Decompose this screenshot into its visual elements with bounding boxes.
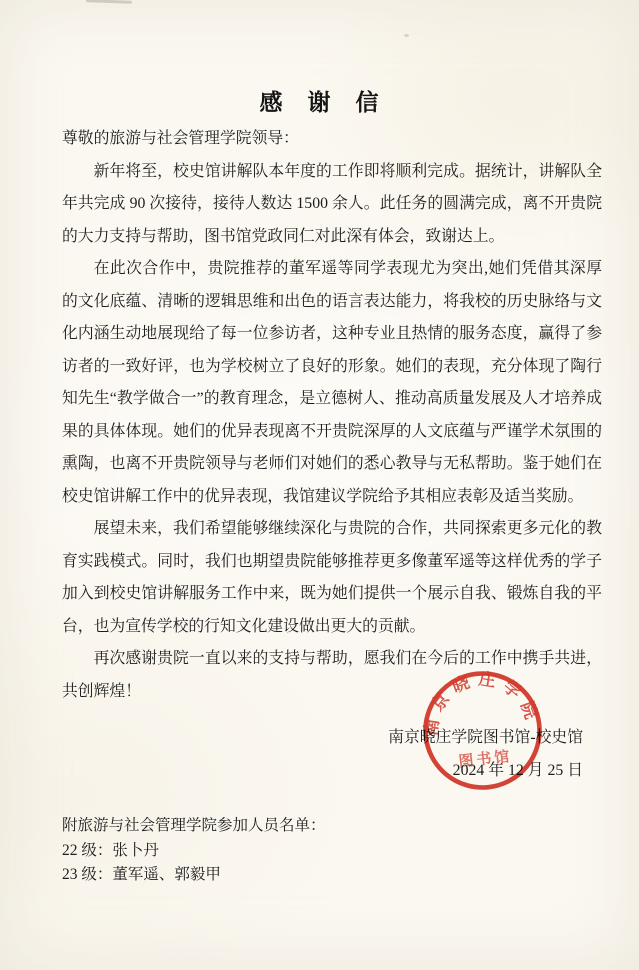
attachment-entry: 22 级：张卜丹 bbox=[62, 839, 326, 864]
scan-artifact bbox=[404, 34, 409, 37]
salutation: 尊敬的旅游与社会管理学院领导： bbox=[62, 123, 602, 156]
paragraph: 新年将至，校史馆讲解队本年度的工作即将顺利完成。据统计，讲解队全年共完成 90 … bbox=[62, 156, 602, 254]
seal-center-text: 图书馆 bbox=[458, 747, 514, 771]
attachment-heading: 附旅游与社会管理学院参加人员名单： bbox=[62, 814, 326, 839]
letter-body: 尊敬的旅游与社会管理学院领导： 新年将至，校史馆讲解队本年度的工作即将顺利完成。… bbox=[62, 123, 602, 708]
attachment-list: 附旅游与社会管理学院参加人员名单： 22 级：张卜丹 23 级：董军遥、郭毅甲 bbox=[62, 814, 326, 888]
paragraph: 在此次合作中，贵院推荐的董军遥等同学表现尤为突出,她们凭借其深厚的文化底蕴、清晰… bbox=[62, 253, 602, 513]
scanned-letter-page: 感 谢 信 尊敬的旅游与社会管理学院领导： 新年将至，校史馆讲解队本年度的工作即… bbox=[0, 0, 639, 970]
official-red-seal: 南京晓庄学院 图书馆 bbox=[413, 661, 553, 801]
scan-artifact bbox=[86, 0, 132, 4]
attachment-entry: 23 级：董军遥、郭毅甲 bbox=[62, 863, 326, 888]
paragraph: 展望未来，我们希望能够继续深化与贵院的合作，共同探索更多元化的教育实践模式。同时… bbox=[62, 513, 602, 643]
letter-title: 感 谢 信 bbox=[0, 84, 639, 117]
